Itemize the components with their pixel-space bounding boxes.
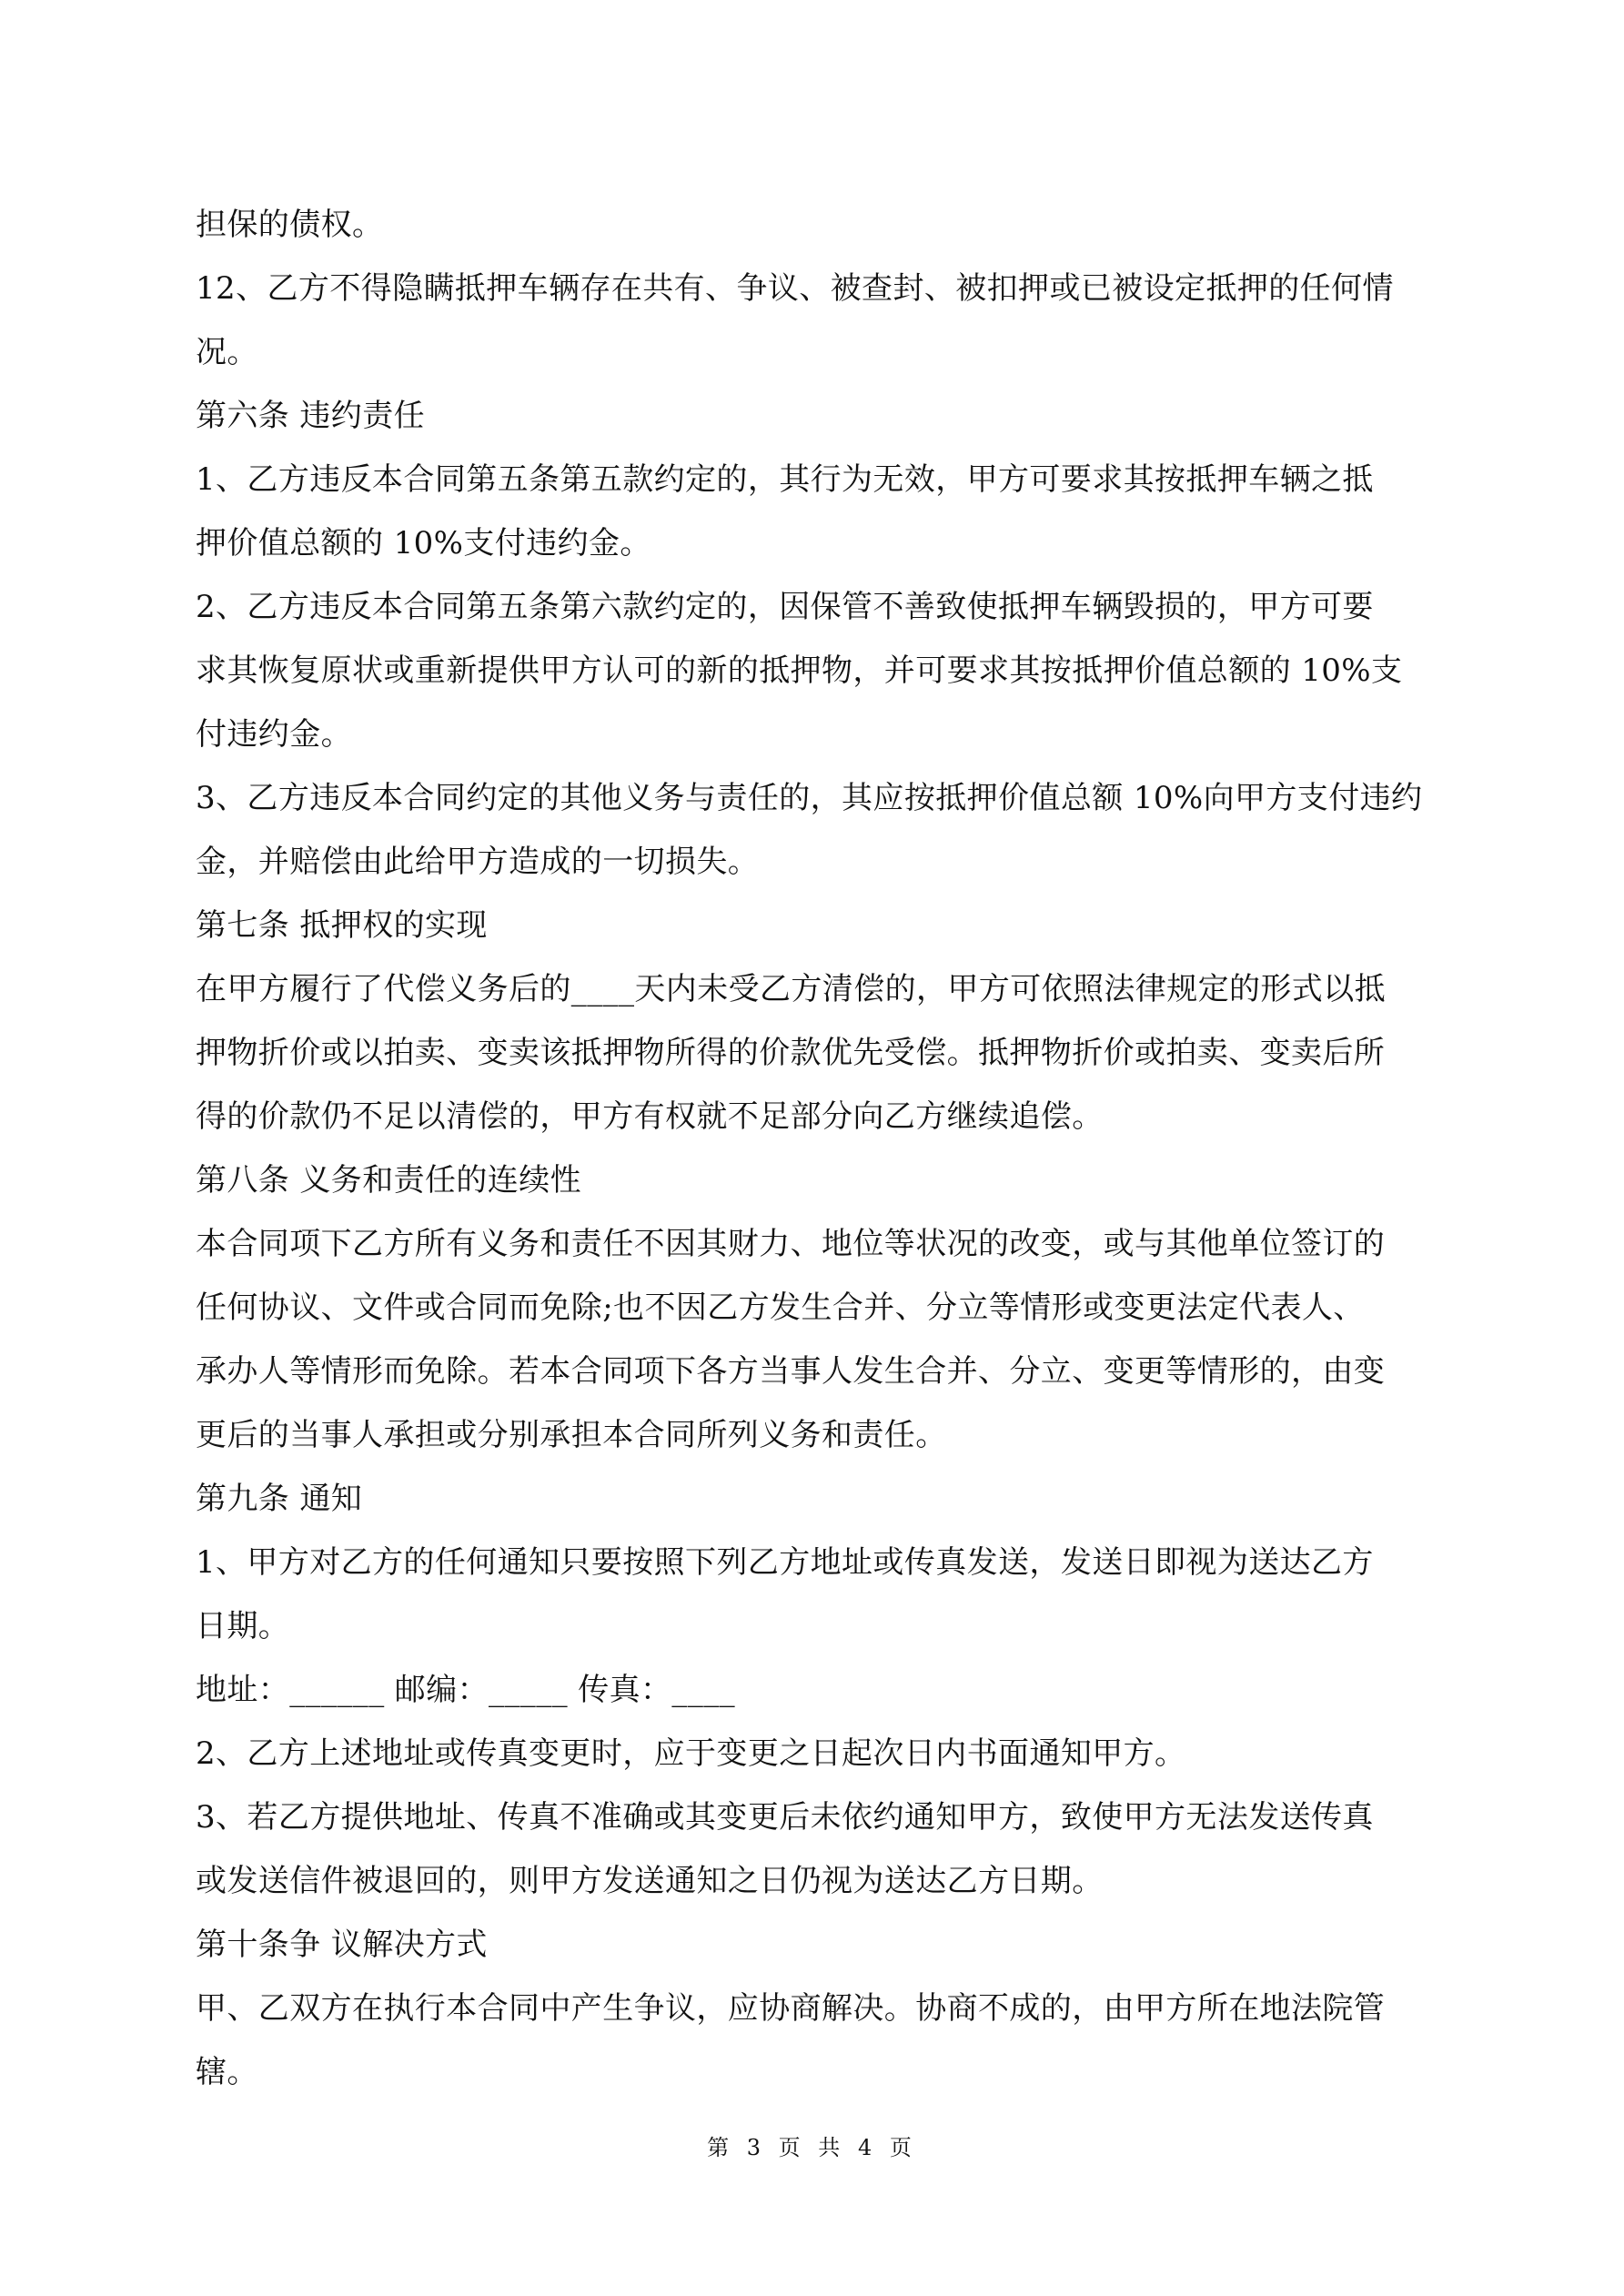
text-line: 日期。 — [196, 1594, 1433, 1658]
text-line: 辖。 — [196, 2040, 1433, 2104]
text-line: 付违约金。 — [196, 703, 1433, 766]
article-9-clause-1: 1、甲方对乙方的任何通知只要按照下列乙方地址或传真发送，发送日即视为送达乙方 — [196, 1531, 1433, 1594]
text-line: 金，并赔偿由此给甲方造成的一切损失。 — [196, 830, 1433, 894]
page-number-footer: 第 3 页 共 4 页 — [0, 2129, 1624, 2161]
article-6-heading: 第六条 违约责任 — [196, 384, 1433, 448]
article-9-clause-3: 3、若乙方提供地址、传真不准确或其变更后未依约通知甲方，致使甲方无法发送传真 — [196, 1785, 1433, 1849]
article-9-clause-2: 2、乙方上述地址或传真变更时，应于变更之日起次日内书面通知甲方。 — [196, 1722, 1433, 1785]
text-line: 或发送信件被退回的，则甲方发送通知之日仍视为送达乙方日期。 — [196, 1849, 1433, 1913]
contact-fields-line: 地址：______ 邮编：_____ 传真：____ — [196, 1658, 1433, 1722]
text-line: 押价值总额的 10%支付违约金。 — [196, 511, 1433, 575]
article-8-body: 本合同项下乙方所有义务和责任不因其财力、地位等状况的改变，或与其他单位签订的 — [196, 1212, 1433, 1276]
article-10-heading: 第十条争 议解决方式 — [196, 1913, 1433, 1977]
article-9-heading: 第九条 通知 — [196, 1467, 1433, 1531]
article-8-heading: 第八条 义务和责任的连续性 — [196, 1148, 1433, 1212]
text-line: 承办人等情形而免除。若本合同项下各方当事人发生合并、分立、变更等情形的，由变 — [196, 1340, 1433, 1403]
text-line: 得的价款仍不足以清偿的，甲方有权就不足部分向乙方继续追偿。 — [196, 1085, 1433, 1148]
article-6-clause-2: 2、乙方违反本合同第五条第六款约定的，因保管不善致使抵押车辆毁损的，甲方可要 — [196, 575, 1433, 639]
text-line: 求其恢复原状或重新提供甲方认可的新的抵押物，并可要求其按抵押价值总额的 10%支 — [196, 639, 1433, 703]
text-line: 更后的当事人承担或分别承担本合同所列义务和责任。 — [196, 1403, 1433, 1467]
article-7-heading: 第七条 抵押权的实现 — [196, 894, 1433, 957]
text-line: 况。 — [196, 320, 1433, 384]
article-6-clause-3: 3、乙方违反本合同约定的其他义务与责任的，其应按抵押价值总额 10%向甲方支付违… — [196, 766, 1433, 830]
text-line: 任何协议、文件或合同而免除;也不因乙方发生合并、分立等情形或变更法定代表人、 — [196, 1276, 1433, 1340]
article-7-body: 在甲方履行了代偿义务后的____天内未受乙方清偿的，甲方可依照法律规定的形式以抵 — [196, 957, 1433, 1021]
clause-12: 12、乙方不得隐瞒抵押车辆存在共有、争议、被查封、被扣押或已被设定抵押的任何情 — [196, 257, 1433, 320]
text-line: 担保的债权。 — [196, 193, 1433, 257]
article-6-clause-1: 1、乙方违反本合同第五条第五款约定的，其行为无效，甲方可要求其按抵押车辆之抵 — [196, 448, 1433, 511]
document-page: 担保的债权。 12、乙方不得隐瞒抵押车辆存在共有、争议、被查封、被扣押或已被设定… — [0, 0, 1624, 2296]
article-10-body: 甲、乙双方在执行本合同中产生争议，应协商解决。协商不成的，由甲方所在地法院管 — [196, 1977, 1433, 2040]
document-body: 担保的债权。 12、乙方不得隐瞒抵押车辆存在共有、争议、被查封、被扣押或已被设定… — [196, 193, 1433, 2104]
text-line: 押物折价或以拍卖、变卖该抵押物所得的价款优先受偿。抵押物折价或拍卖、变卖后所 — [196, 1021, 1433, 1085]
